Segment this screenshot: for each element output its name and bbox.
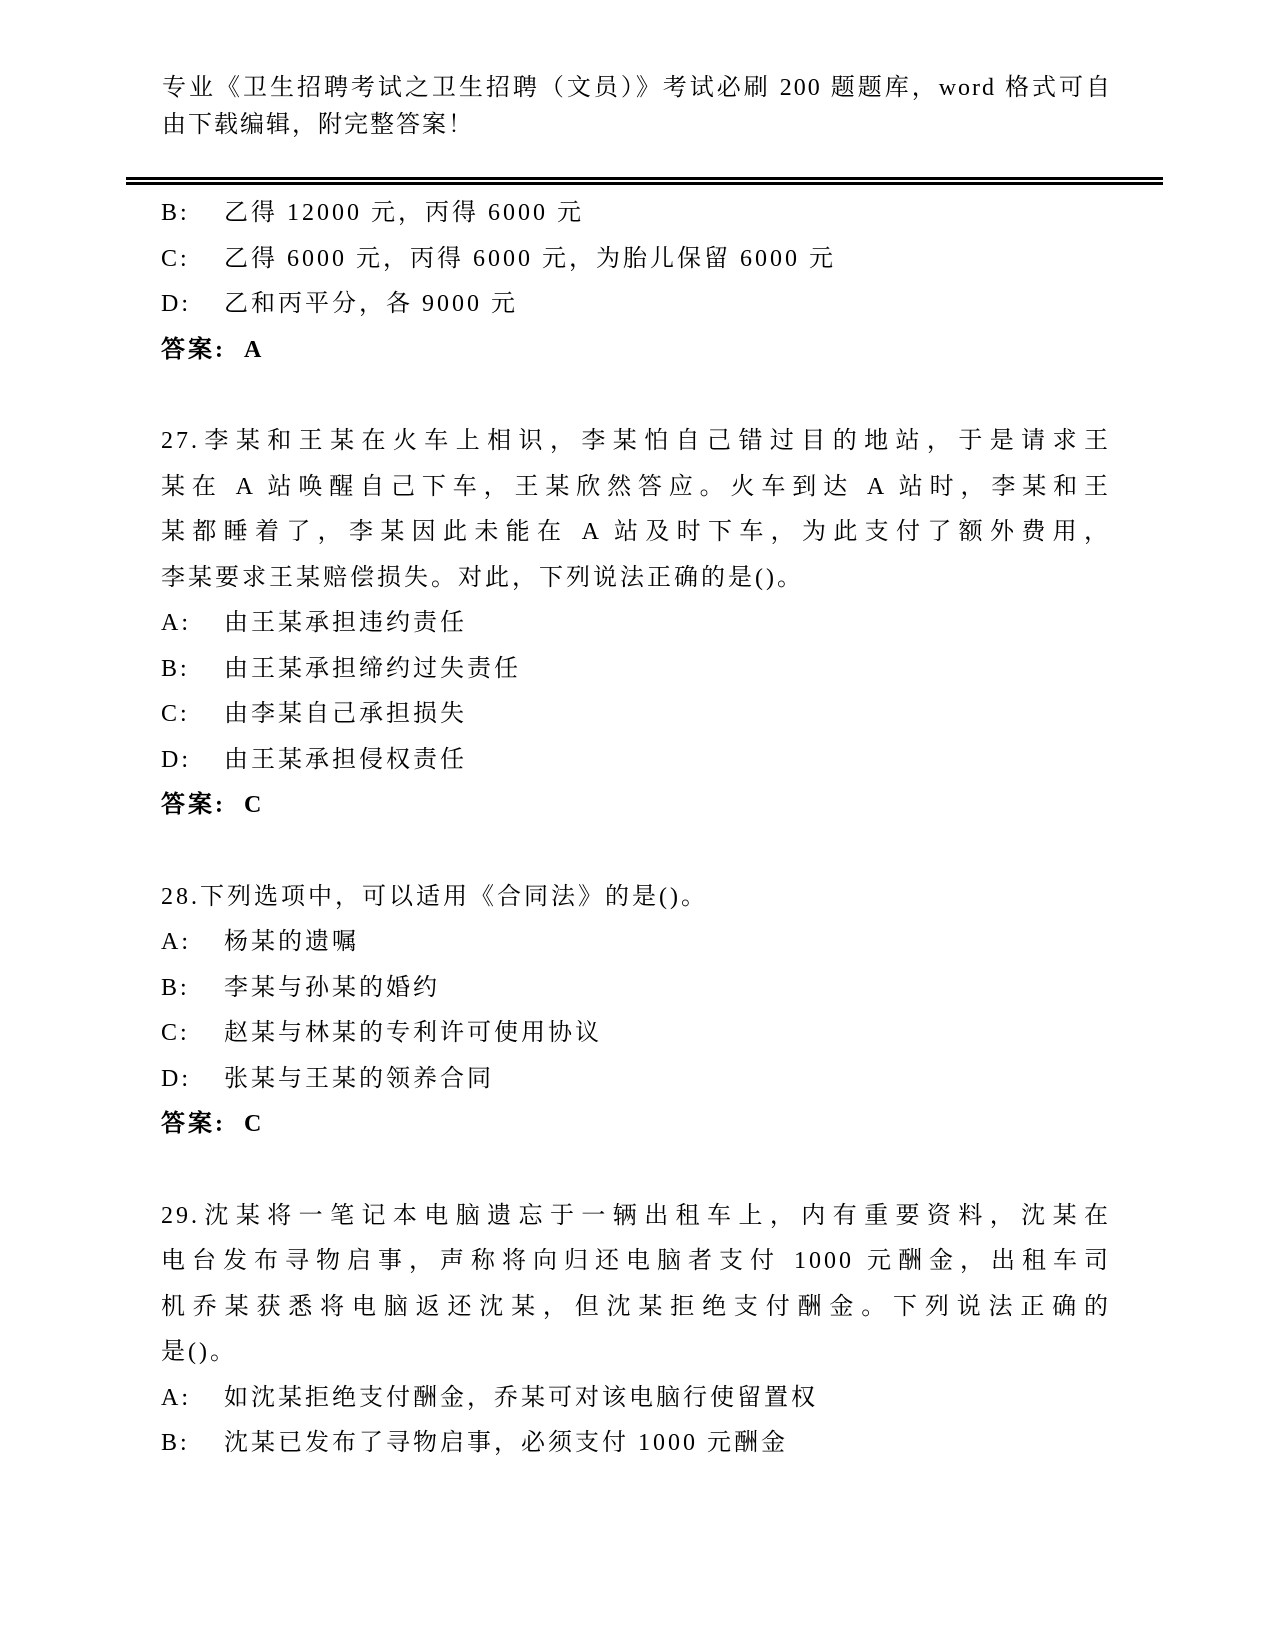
option-text: 张某与王某的领养合同 [224,1066,494,1092]
option-label: A: [161,601,224,647]
page-header: 专业《卫生招聘考试之卫生招聘（文员）》考试必刷 200 题题库，word 格式可… [162,70,1112,144]
answer-value: C [244,792,264,818]
option-line: C:赵某与林某的专利许可使用协议 [161,1011,1111,1057]
option-text: 李某与孙某的婚约 [224,975,440,1001]
answer-label: 答案: [161,1111,226,1137]
document-page: 专业《卫生招聘考试之卫生招聘（文员）》考试必刷 200 题题库，word 格式可… [0,0,1275,1650]
option-text: 由王某承担侵权责任 [224,747,467,773]
option-line: C:乙得 6000 元，丙得 6000 元，为胎儿保留 6000 元 [161,237,1111,283]
question-stem-line: 某都睡着了，李某因此未能在 A 站及时下车，为此支付了额外费用， [161,510,1111,556]
option-line: B:乙得 12000 元，丙得 6000 元 [161,191,1111,237]
option-label: A: [161,1376,224,1422]
question-block-27: 27.李某和王某在火车上相识，李某怕自己错过目的地站，于是请求王某在 A 站唤醒… [161,419,1111,829]
options-continued-block: B:乙得 12000 元，丙得 6000 元C:乙得 6000 元，丙得 600… [161,191,1111,373]
option-label: A: [161,920,224,966]
option-text: 沈某已发布了寻物启事，必须支付 1000 元酬金 [224,1430,788,1456]
header-line: 专业《卫生招聘考试之卫生招聘（文员）》考试必刷 200 题题库，word 格式可… [162,70,1112,107]
option-label: C: [161,1011,224,1057]
question-stem-line: 29.沈某将一笔记本电脑遗忘于一辆出租车上，内有重要资料，沈某在 [161,1194,1111,1240]
answer-label: 答案: [161,792,226,818]
document-body: B:乙得 12000 元，丙得 6000 元C:乙得 6000 元，丙得 600… [161,191,1111,1467]
option-line: B:李某与孙某的婚约 [161,966,1111,1012]
option-label: B: [161,647,224,693]
option-line: A:杨某的遗嘱 [161,920,1111,966]
option-text: 乙和丙平分，各 9000 元 [224,291,518,317]
option-label: D: [161,1057,224,1103]
option-text: 乙得 12000 元，丙得 6000 元 [224,200,584,226]
option-line: D:由王某承担侵权责任 [161,738,1111,784]
option-line: B:沈某已发布了寻物启事，必须支付 1000 元酬金 [161,1421,1111,1467]
option-text: 杨某的遗嘱 [224,929,359,955]
question-stem-line: 27.李某和王某在火车上相识，李某怕自己错过目的地站，于是请求王 [161,419,1111,465]
option-line: A:如沈某拒绝支付酬金，乔某可对该电脑行使留置权 [161,1376,1111,1422]
option-label: D: [161,738,224,784]
option-label: C: [161,237,224,283]
answer-line: 答案:C [161,1102,1111,1148]
question-stem-line: 某在 A 站唤醒自己下车，王某欣然答应。火车到达 A 站时，李某和王 [161,465,1111,511]
answer-value: C [244,1111,264,1137]
option-line: D:乙和丙平分，各 9000 元 [161,282,1111,328]
header-rule [126,177,1163,185]
answer-line: 答案:C [161,783,1111,829]
question-stem-line: 李某要求王某赔偿损失。对此，下列说法正确的是()。 [161,556,1111,602]
option-text: 赵某与林某的专利许可使用协议 [224,1020,602,1046]
option-label: B: [161,966,224,1012]
option-line: A:由王某承担违约责任 [161,601,1111,647]
option-text: 乙得 6000 元，丙得 6000 元，为胎儿保留 6000 元 [224,246,836,272]
option-label: C: [161,692,224,738]
answer-line: 答案:A [161,328,1111,374]
option-text: 如沈某拒绝支付酬金，乔某可对该电脑行使留置权 [224,1385,818,1411]
question-stem-line: 电台发布寻物启事，声称将向归还电脑者支付 1000 元酬金，出租车司 [161,1239,1111,1285]
question-stem-line: 机乔某获悉将电脑返还沈某，但沈某拒绝支付酬金。下列说法正确的 [161,1285,1111,1331]
answer-label: 答案: [161,337,226,363]
option-label: D: [161,282,224,328]
option-label: B: [161,191,224,237]
question-stem-line: 28.下列选项中，可以适用《合同法》的是()。 [161,875,1111,921]
option-text: 由李某自己承担损失 [224,701,467,727]
option-line: B:由王某承担缔约过失责任 [161,647,1111,693]
option-text: 由王某承担缔约过失责任 [224,656,521,682]
option-line: C:由李某自己承担损失 [161,692,1111,738]
question-block-29: 29.沈某将一笔记本电脑遗忘于一辆出租车上，内有重要资料，沈某在电台发布寻物启事… [161,1194,1111,1467]
option-text: 由王某承担违约责任 [224,610,467,636]
option-line: D:张某与王某的领养合同 [161,1057,1111,1103]
question-block-28: 28.下列选项中，可以适用《合同法》的是()。A:杨某的遗嘱B:李某与孙某的婚约… [161,875,1111,1148]
answer-value: A [244,337,264,363]
option-label: B: [161,1421,224,1467]
question-stem-line: 是()。 [161,1330,1111,1376]
header-line: 由下载编辑，附完整答案！ [162,107,1112,144]
